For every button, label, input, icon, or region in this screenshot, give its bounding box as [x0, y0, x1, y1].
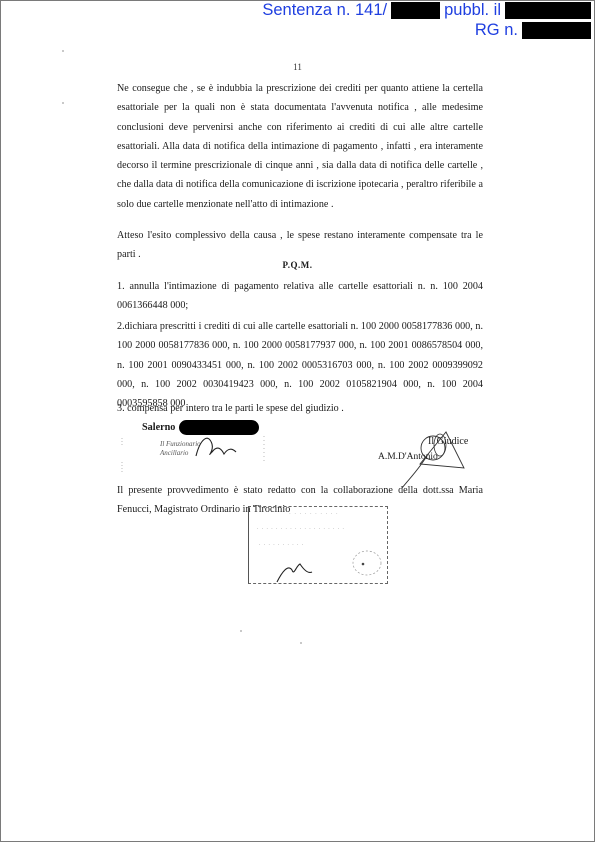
dispositive-item-1: 1. annulla l'intimazione di pagamento re…: [117, 277, 483, 316]
paragraph-prescription: Ne consegue che , se è indubbia la presc…: [117, 79, 483, 214]
scan-speck: [62, 50, 64, 52]
judge-name: A.M.D'Antonio: [378, 452, 438, 462]
rg-number-label: RG n.: [475, 20, 518, 40]
clerk-stamp-line-2: Ancillario: [160, 449, 201, 458]
scan-speck: [62, 102, 64, 104]
registry-stamp: · · · · · · · · · · . . . . . . . . . . …: [248, 506, 388, 584]
place-label: Salerno: [142, 422, 175, 433]
redacted-rg-number: [522, 22, 591, 39]
sentence-number-line: Sentenza n. 141/ pubbl. il: [262, 0, 591, 20]
publication-label: pubbl. il: [444, 0, 501, 20]
page-number: 11: [0, 62, 595, 72]
redacted-date: [179, 420, 259, 435]
rg-number-line: RG n.: [262, 20, 591, 40]
redacted-publication-date: [505, 2, 591, 19]
clerk-stamp: Il Funzionario Ancillario: [160, 440, 201, 458]
pqm-heading: P.Q.M.: [0, 260, 595, 270]
judge-label: Il Giudice: [428, 436, 468, 447]
scan-speck: [300, 642, 302, 644]
place-and-date: Salerno: [142, 420, 259, 435]
scan-speck: [240, 630, 242, 632]
paragraph-costs: Atteso l'esito complessivo della causa ,…: [117, 226, 483, 265]
clerk-stamp-line-1: Il Funzionario: [160, 440, 201, 449]
redacted-year: [391, 2, 440, 19]
filing-stamp: Sentenza n. 141/ pubbl. il RG n.: [262, 0, 591, 40]
dispositive-item-3: 3. compensa per intero tra le parti le s…: [117, 399, 483, 418]
sentence-number-label: Sentenza n. 141/: [262, 0, 387, 20]
